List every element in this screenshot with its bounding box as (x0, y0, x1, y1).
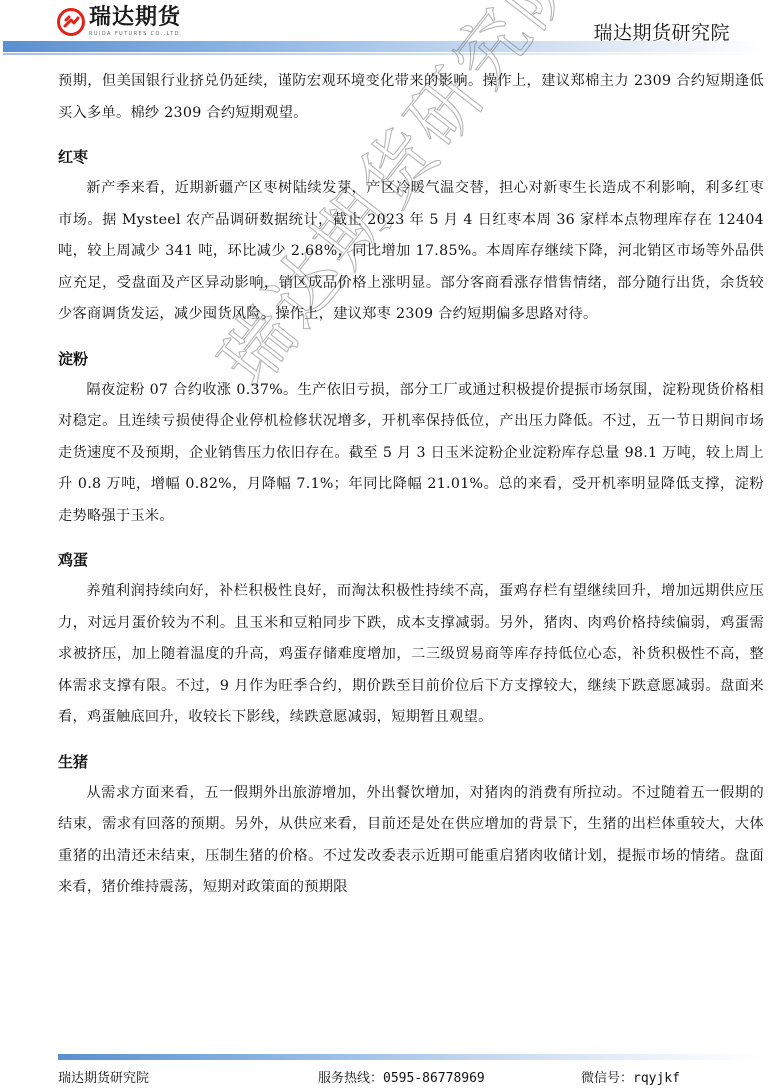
page-header: 瑞达期货 RUIDA FUTURES CO.,LTD. 瑞达期货研究院 (0, 0, 770, 56)
section-red-dates: 红枣 新产季来看，近期新疆产区枣树陆续发芽，产区冷暖气温交替，担心对新枣生长造成… (58, 147, 764, 331)
paragraph: 养殖利润持续向好，补栏积极性良好，而淘汰积极性持续不高，蛋鸡存栏有望继续回升，增… (58, 576, 764, 734)
ruida-logo-icon (57, 8, 85, 36)
footer-wechat-id: 微信号：rqyjkf (581, 1067, 680, 1086)
section-title: 生猪 (58, 752, 764, 772)
header-gradient-bar (3, 41, 765, 52)
paragraph: 从需求方面来看，五一假期外出旅游增加，外出餐饮增加，对猪肉的消费有所拉动。不过随… (58, 778, 764, 904)
section-live-hogs: 生猪 从需求方面来看，五一假期外出旅游增加，外出餐饮增加，对猪肉的消费有所拉动。… (58, 752, 764, 904)
header-divider (3, 53, 765, 55)
section-eggs: 鸡蛋 养殖利润持续向好，补栏积极性良好，而淘汰积极性持续不高，蛋鸡存栏有望继续回… (58, 550, 764, 734)
section-starch: 淀粉 隔夜淀粉 07 合约收涨 0.37%。生产依旧亏损，部分工厂或通过积极提价… (58, 349, 764, 533)
page-footer: 瑞达期货研究院 服务热线：0595-86778969 微信号：rqyjkf (0, 1067, 770, 1087)
section-title: 淀粉 (58, 349, 764, 369)
paragraph: 隔夜淀粉 07 合约收涨 0.37%。生产依旧亏损，部分工厂或通过积极提价提振市… (58, 375, 764, 533)
logo-english-name: RUIDA FUTURES CO.,LTD. (89, 31, 183, 38)
footer-gradient-bar (58, 1054, 764, 1060)
section-cotton-continuation: 预期，但美国银行业挤兑仍延续，谨防宏观环境变化带来的影响。操作上，建议郑棉主力 … (58, 66, 764, 129)
footer-company-name: 瑞达期货研究院 (58, 1067, 149, 1086)
document-body: 预期，但美国银行业挤兑仍延续，谨防宏观环境变化带来的影响。操作上，建议郑棉主力 … (58, 66, 764, 904)
footer-hotline: 服务热线：0595-86778969 (318, 1067, 485, 1086)
paragraph: 预期，但美国银行业挤兑仍延续，谨防宏观环境变化带来的影响。操作上，建议郑棉主力 … (58, 66, 764, 129)
logo-chinese-name: 瑞达期货 (89, 6, 183, 30)
section-title: 红枣 (58, 147, 764, 167)
company-logo: 瑞达期货 RUIDA FUTURES CO.,LTD. (57, 6, 183, 40)
paragraph: 新产季来看，近期新疆产区枣树陆续发芽，产区冷暖气温交替，担心对新枣生长造成不利影… (58, 173, 764, 331)
section-title: 鸡蛋 (58, 550, 764, 570)
